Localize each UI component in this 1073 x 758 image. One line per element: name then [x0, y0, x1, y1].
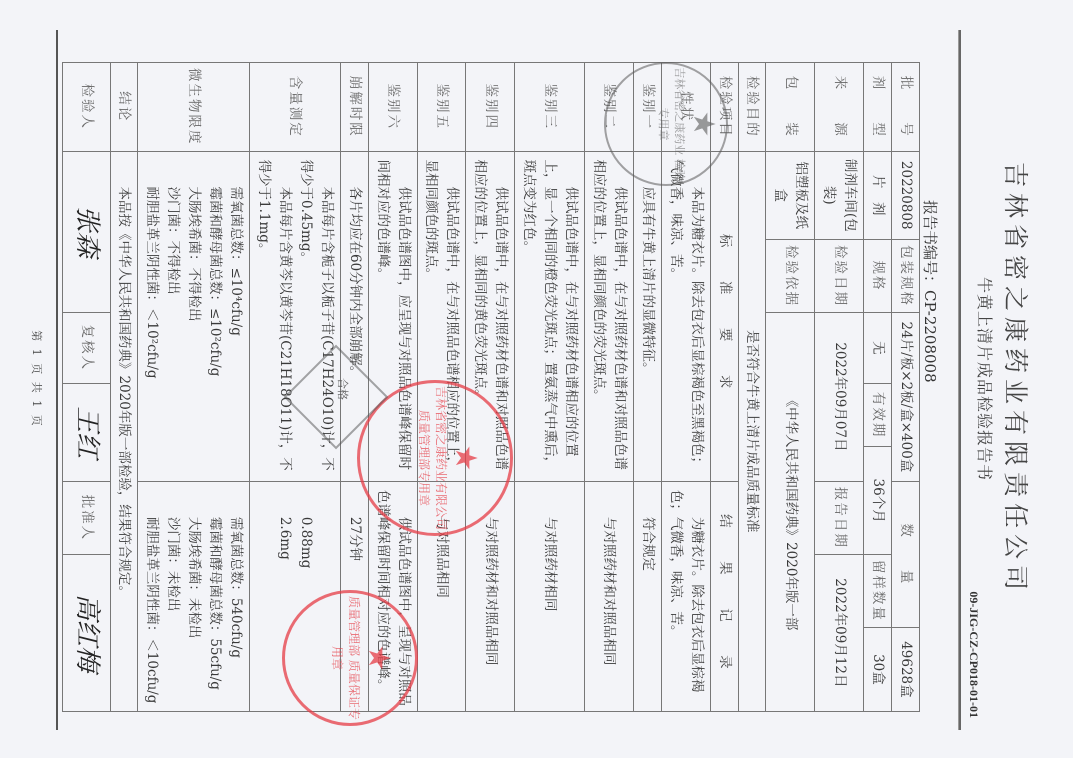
test-row: 鉴别三供试品色谱中，在与对照药材色谱相应的位置上，显一个相同的橙色荧光斑点；置氨…: [515, 63, 585, 712]
test-date-label: 检验日期: [815, 240, 864, 313]
document-code: 09-JIG-CZ-CP018-01-01: [966, 591, 981, 718]
column-header-standard: 标 准 要 求: [710, 151, 738, 481]
test-item-label: 鉴别三: [515, 63, 585, 152]
standard-line: 应具有牛黄上清片的显微特征。: [637, 160, 658, 476]
standard-line: 本品为糖衣片。除去包衣后显棕褐色至黑褐色；气微香，味凉、苦。: [665, 160, 707, 476]
info-row: 检验目的 是否符合牛黄上清片成品质量标准: [738, 63, 766, 712]
header-rule: [958, 30, 961, 730]
inspector-signature: 张森: [63, 151, 110, 313]
standard-line: 需氧菌总数：≤10⁴cfu/g: [225, 160, 246, 476]
test-item-label: 崩解时限: [340, 63, 368, 152]
result-line: 与对照药材和对照品相同: [598, 490, 619, 706]
report-date-label: 报告日期: [815, 481, 864, 554]
result-line: 与对照药材和对照品相同: [480, 490, 501, 706]
source-value: 制剂车间(包装): [815, 151, 864, 240]
report-date-value: 2022年09月12日: [815, 554, 864, 711]
retain-label: 留样数量: [864, 554, 892, 627]
test-standard: 本品为糖衣片。除去包衣后显棕褐色至黑褐色；气微香，味凉、苦。: [661, 151, 710, 481]
test-row: 微生物限度需氧菌总数：≤10⁴cfu/g霉菌和酵母菌总数：≤10²cfu/g大肠…: [138, 63, 250, 712]
basis-value: 《中华人民共和国药典》2020年版一部: [766, 313, 815, 712]
test-standard: 供试品色谱中，在与对照药材色谱和对照品色谱相应的位置上，显相同颜色的荧光斑点。: [585, 151, 634, 481]
source-label: 来 源: [815, 63, 864, 152]
purpose-value: 是否符合牛黄上清片成品质量标准: [738, 151, 766, 712]
test-standard: 供试品色谱中，在与对照药材色谱相应的位置上，显一个相同的橙色荧光斑点；置氨蒸气中…: [515, 151, 585, 481]
seal-star-icon: ★: [363, 593, 393, 723]
pack-spec-label: 包装规格: [892, 240, 920, 313]
qty-label: 数 量: [892, 481, 920, 627]
result-line: 耐胆盐革兰阴性菌：＜10cfu/g: [142, 490, 163, 706]
conclusion-label: 结论: [110, 63, 138, 152]
inspector-label: 检验人: [63, 63, 110, 152]
report-number-label: 报告书编号：: [921, 200, 939, 290]
page-number: 第 1 页 共 1 页: [29, 0, 45, 758]
result-line: 与对照药材相同: [539, 490, 560, 706]
spec-label: 规格: [864, 240, 892, 313]
test-result: 符合规定: [633, 481, 661, 711]
company-title: 吉林省密之康药业有限责任公司: [999, 0, 1035, 758]
info-row: 批 号 20220808 包装规格 24片/板×2板/盒×400盒 数 量 49…: [892, 63, 920, 712]
form-label: 剂 型: [864, 63, 892, 152]
result-line: 霉菌和酵母菌总数：55cfu/g: [204, 490, 225, 706]
column-header-result: 结 果 记 录: [710, 481, 738, 711]
validity-value: 36个月: [864, 447, 892, 554]
standard-line: 供试品色谱中，在与对照药材色谱和对照品色谱相应的位置上，显相同颜色的荧光斑点。: [588, 160, 630, 476]
info-row: 包 装 铝塑板及纸盒 检验依据 《中华人民共和国药典》2020年版一部: [766, 63, 815, 712]
inspection-seal-text: 吉林省密之康药业 检验专用章: [657, 67, 686, 181]
purpose-label: 检验目的: [738, 63, 766, 152]
report-table: 批 号 20220808 包装规格 24片/板×2板/盒×400盒 数 量 49…: [62, 62, 920, 712]
seal-star-icon: ★: [450, 383, 480, 533]
qa-red-seal: ★ 质量管理部 质量保证专用章: [282, 590, 418, 726]
test-standard: 应具有牛黄上清片的显微特征。: [633, 151, 661, 481]
form-value: 片 剂: [864, 151, 892, 240]
test-date-value: 2022年09月07日: [815, 313, 864, 482]
standard-line: 本品每片含黄芩以黄芩苷(C21H18O11)计，不得少于1.1mg。: [253, 160, 295, 476]
standard-line: 沙门菌：不得检出: [162, 160, 183, 476]
report-page: 吉林省密之康药业有限责任公司 牛黄上清片成品检验报告书 09-JIG-CZ-CP…: [0, 0, 1073, 758]
report-number: 报告书编号：CP-2208008: [920, 200, 941, 383]
seal-star-icon: ★: [688, 64, 718, 184]
conclusion-row: 结论 本品按《中华人民共和国药典》2020年版一部检验，结果符合规定。: [110, 63, 138, 712]
pack-spec-value: 24片/板×2板/盒×400盒: [892, 313, 920, 482]
standard-line: 大肠埃希菌：不得检出: [183, 160, 204, 476]
test-result: 与对照药材相同: [515, 481, 585, 711]
info-row: 剂 型 片 剂 规格 无 有效期 36个月 留样数量 30盒: [864, 63, 892, 712]
basis-label: 检验依据: [766, 240, 815, 313]
batch-label: 批 号: [892, 63, 920, 152]
test-result: 需氧菌总数：540cfu/g霉菌和酵母菌总数：55cfu/g大肠埃希菌：未检出沙…: [138, 481, 250, 711]
report-number-value: CP-2208008: [921, 290, 939, 383]
standard-line: 供试品色谱中，在与对照药材色谱相应的位置上，显一个相同的橙色荧光斑点；置氨蒸气中…: [518, 160, 581, 476]
test-standard: 需氧菌总数：≤10⁴cfu/g霉菌和酵母菌总数：≤10²cfu/g大肠埃希菌：不…: [138, 151, 250, 481]
package-value: 铝塑板及纸盒: [766, 151, 815, 240]
reviewer-signature: 王红: [63, 383, 110, 481]
package-label: 包 装: [766, 63, 815, 152]
test-item-label: 微生物限度: [138, 63, 250, 152]
approver-signature: 高红梅: [63, 554, 110, 711]
test-result: 与对照药材和对照品相同: [585, 481, 634, 711]
batch-value: 20220808: [892, 151, 920, 240]
validity-label: 有效期: [864, 383, 892, 447]
reviewer-label: 复核人: [63, 313, 110, 384]
spec-value: 无: [864, 313, 892, 384]
approver-label: 批准人: [63, 481, 110, 554]
qa-red-seal-text: 质量管理部 质量保证专用章: [330, 596, 361, 720]
result-line: 大肠埃希菌：未检出: [183, 490, 204, 706]
company-red-seal-text: 吉林省密之康药业有限公司 质量管理部专用章: [417, 386, 448, 530]
retain-value: 30盒: [864, 627, 892, 711]
qty-value: 49628盒: [892, 627, 920, 711]
result-line: 符合规定: [637, 490, 658, 706]
test-result: 为糖衣片。除去包衣后显棕褐色；气微香，味凉、苦。: [661, 481, 710, 711]
standard-line: 霉菌和酵母菌总数：≤10²cfu/g: [204, 160, 225, 476]
conclusion-text: 本品按《中华人民共和国药典》2020年版一部检验，结果符合规定。: [110, 151, 138, 712]
standard-line: 耐胆盐革兰阴性菌：＜10²cfu/g: [142, 160, 163, 476]
inspection-seal: ★ 吉林省密之康药业 检验专用章: [604, 62, 728, 186]
test-item-label: 鉴别六: [368, 63, 417, 152]
result-line: 为糖衣片。除去包衣后显棕褐色；气微香，味凉、苦。: [665, 490, 707, 706]
info-row: 来 源 制剂车间(包装) 检验日期 2022年09月07日 报告日期 2022年…: [815, 63, 864, 712]
test-item-label: 含量测定: [250, 63, 341, 152]
footer-rule: [56, 30, 58, 730]
result-line: 沙门菌：未检出: [162, 490, 183, 706]
result-line: 需氧菌总数：540cfu/g: [225, 490, 246, 706]
test-item-label: 鉴别四: [466, 63, 515, 152]
qualified-seal-text: 合格: [335, 378, 351, 400]
test-item-label: 鉴别五: [417, 63, 466, 152]
signature-row: 检验人 张森 复核人 王红 批准人 高红梅: [63, 63, 110, 712]
